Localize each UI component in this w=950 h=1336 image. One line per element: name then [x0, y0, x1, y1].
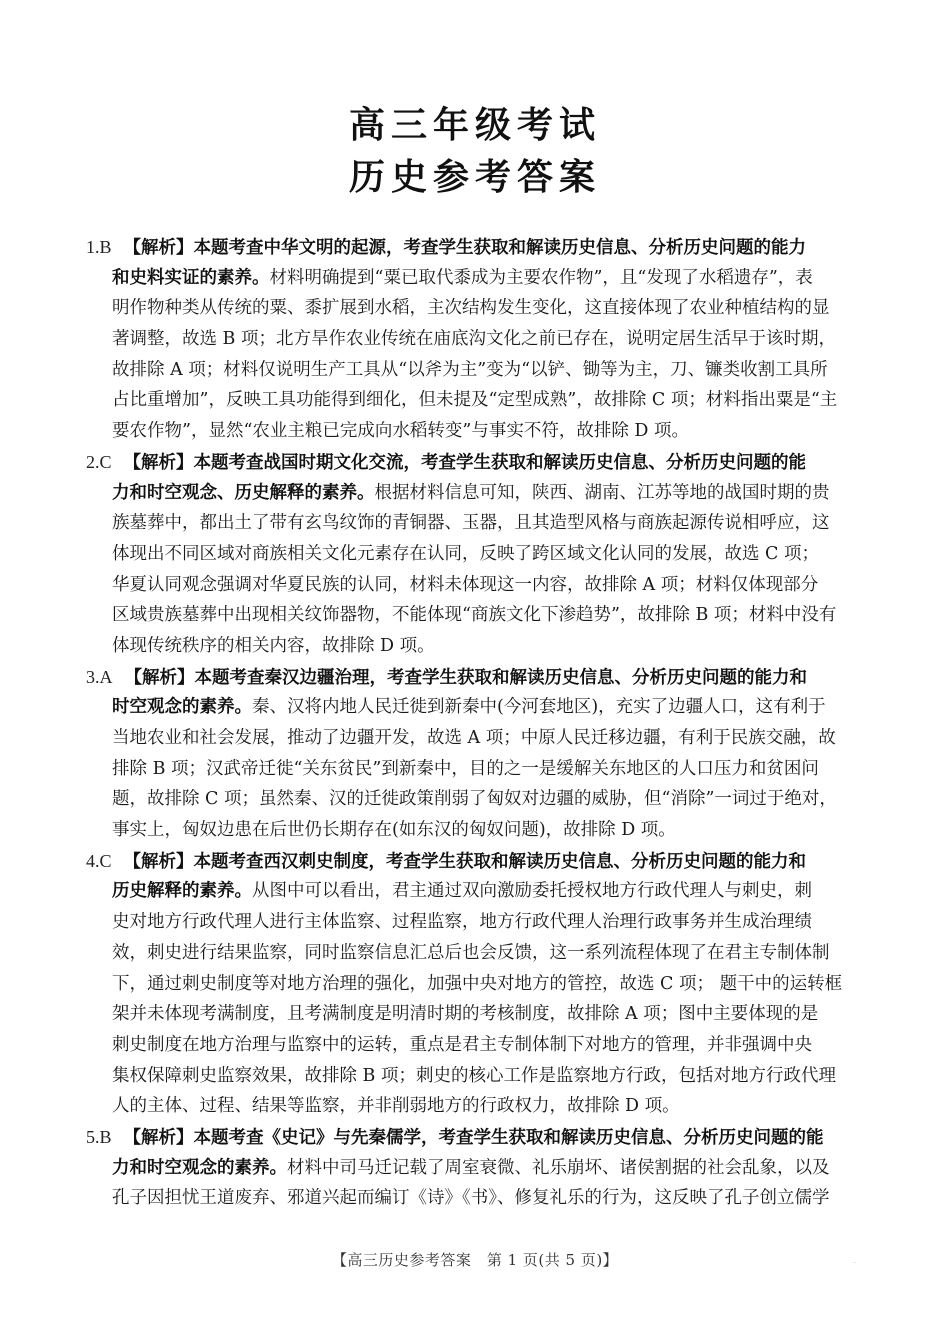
answer-letter: C — [100, 851, 112, 871]
answer-line: 5.B【解析】本题考查《史记》与先秦儒学，考查学生获取和解读历史信息、分析历史问… — [86, 1122, 866, 1153]
answer-line: 力和时空观念的素养。材料中司马迁记载了周室衰微、礼乐崩坏、诸侯割据的社会乱象，以… — [86, 1153, 866, 1184]
answer-letter: B — [100, 237, 112, 257]
analysis-heading-text: 力和时空观念的素养。 — [112, 1158, 287, 1178]
answer-line: 区域贵族墓葬中出现相关纹饰器物，不能体现“商族文化下渗趋势”，故排除 B 项；材… — [86, 600, 866, 631]
analysis-heading-text: 历史解释的素养。 — [112, 881, 252, 901]
answer-line: 2.C【解析】本题考查战国时期文化交流，考查学生获取和解读历史信息、分析历史问题… — [86, 447, 866, 478]
answer-line: 和史料实证的素养。材料明确提到“粟已取代黍成为主要农作物”，且“发现了水稻遗存”… — [86, 263, 866, 294]
analysis-body-text: 族墓葬中，都出土了带有玄鸟纹饰的青铜器、玉器，且其造型风格与商族起源传说相呼应，… — [112, 513, 830, 533]
analysis-body-text: 根据材料信息可知，陕西、湖南、江苏等地的战国时期的贵 — [375, 483, 830, 503]
question-number: 4. — [86, 851, 100, 871]
answer-line: 3.A【解析】本题考查秦汉边疆治理，考查学生获取和解读历史信息、分析历史问题的能… — [86, 662, 866, 693]
answer-line: 史对地方行政代理人进行主体监察、过程监察，地方行政代理人治理行政事务并生成治理绩 — [86, 907, 866, 938]
answer-line: 体现出不同区域对商族相关文化元素存在认同，反映了跨区域文化认同的发展，故选 C … — [86, 539, 866, 570]
analysis-heading-text: 【解析】本题考查《史记》与先秦儒学，考查学生获取和解读历史信息、分析历史问题的能 — [124, 1128, 824, 1148]
answer-line: 4.C【解析】本题考查西汉刺史制度，考查学生获取和解读历史信息、分析历史问题的能… — [86, 846, 866, 877]
question-number: 2. — [86, 452, 100, 472]
answer-letter: A — [100, 667, 113, 687]
analysis-body-text: 著调整，故选 B 项；北方旱作农业传统在庙底沟文化之前已存在，说明定居生活早于该… — [112, 329, 836, 349]
answer-line: 著调整，故选 B 项；北方旱作农业传统在庙底沟文化之前已存在，说明定居生活早于该… — [86, 324, 866, 355]
analysis-body-text: 题，故排除 C 项；虽然秦、汉的迁徙政策削弱了匈奴对边疆的威胁，但“消除”一词过… — [112, 789, 837, 809]
analysis-heading-text: 和史料实证的素养。 — [112, 268, 270, 288]
analysis-body-text: 架并未体现考满制度，且考满制度是明清时期的考核制度，故排除 A 项；图中主要体现… — [112, 1004, 818, 1024]
analysis-body-text: 事实上，匈奴边患在后世仍长期存在(如东汉的匈奴问题)，故排除 D 项。 — [112, 820, 676, 840]
answer-line: 明作物种类从传统的粟、黍扩展到水稻，主次结构发生变化，这直接体现了农业种植结构的… — [86, 293, 866, 324]
analysis-heading-text: 【解析】本题考查西汉刺史制度，考查学生获取和解读历史信息、分析历史问题的能力和 — [124, 852, 807, 872]
analysis-body-text: 秦、汉将内地人民迁徙到新秦中(今河套地区)，充实了边疆人口，这有利于 — [252, 697, 826, 717]
analysis-body-text: 孔子因担忧王道废弃、邪道兴起而编订《诗》《书》、修复礼乐的行为，这反映了孔子创立… — [112, 1188, 830, 1208]
answer-item: 3.A【解析】本题考查秦汉边疆治理，考查学生获取和解读历史信息、分析历史问题的能… — [86, 662, 866, 846]
page-footer: 【高三历史参考答案 第 1 页(共 5 页)】 — [0, 1249, 950, 1270]
analysis-body-text: 效，刺史进行结果监察，同时监察信息汇总后也会反馈，这一系列流程体现了在君主专制体… — [112, 943, 830, 963]
analysis-body-text: 体现出不同区域对商族相关文化元素存在认同，反映了跨区域文化认同的发展，故选 C … — [112, 544, 819, 564]
analysis-body-text: 占比重增加”，反映工具功能得到细化，但未提及“定型成熟”，故排除 C 项；材料指… — [112, 390, 837, 410]
analysis-heading-text: 时空观念的素养。 — [112, 697, 252, 717]
answer-line: 族墓葬中，都出土了带有玄鸟纹饰的青铜器、玉器，且其造型风格与商族起源传说相呼应，… — [86, 508, 866, 539]
analysis-heading-text: 力和时空观念、历史解释的素养。 — [112, 483, 375, 503]
analysis-body-text: 材料明确提到“粟已取代黍成为主要农作物”，且“发现了水稻遗存”，表 — [270, 268, 813, 288]
answer-line: 力和时空观念、历史解释的素养。根据材料信息可知，陕西、湖南、江苏等地的战国时期的… — [86, 478, 866, 509]
answer-item: 1.B【解析】本题考查中华文明的起源，考查学生获取和解读历史信息、分析历史问题的… — [86, 232, 866, 447]
answer-letter: C — [100, 452, 112, 472]
answer-line: 人的主体、过程、结果等监察，并非削弱地方的行政权力，故排除 D 项。 — [86, 1091, 866, 1122]
analysis-body-text: 区域贵族墓葬中出现相关纹饰器物，不能体现“商族文化下渗趋势”，故排除 B 项；材… — [112, 605, 836, 625]
answer-item: 5.B【解析】本题考查《史记》与先秦儒学，考查学生获取和解读历史信息、分析历史问… — [86, 1122, 866, 1214]
answer-line: 要农作物”，显然“农业主粮已完成向水稻转变”与事实不符，故排除 D 项。 — [86, 416, 866, 447]
answer-list: 1.B【解析】本题考查中华文明的起源，考查学生获取和解读历史信息、分析历史问题的… — [86, 232, 866, 1214]
answer-line: 1.B【解析】本题考查中华文明的起源，考查学生获取和解读历史信息、分析历史问题的… — [86, 232, 866, 263]
answer-line: 时空观念的素养。秦、汉将内地人民迁徙到新秦中(今河套地区)，充实了边疆人口，这有… — [86, 692, 866, 723]
analysis-body-text: 史对地方行政代理人进行主体监察、过程监察，地方行政代理人治理行政事务并生成治理绩 — [112, 912, 812, 932]
answer-item: 2.C【解析】本题考查战国时期文化交流，考查学生获取和解读历史信息、分析历史问题… — [86, 447, 866, 662]
document-title: 高三年级考试 历史参考答案 — [0, 100, 950, 204]
answer-line: 集权保障刺史监察效果，故排除 B 项；刺史的核心工作是监察地方行政，包括对地方行… — [86, 1061, 866, 1092]
answer-line: 历史解释的素养。从图中可以看出，君主通过双向激励委托授权地方行政代理人与刺史，刺 — [86, 876, 866, 907]
answer-line: 占比重增加”，反映工具功能得到细化，但未提及“定型成熟”，故排除 C 项；材料指… — [86, 385, 866, 416]
analysis-body-text: 故排除 A 项；材料仅说明生产工具从“以斧为主”变为“以铲、锄等为主，刀、镰类收… — [112, 360, 828, 380]
answer-line: 题，故排除 C 项；虽然秦、汉的迁徙政策削弱了匈奴对边疆的威胁，但“消除”一词过… — [86, 784, 866, 815]
title-line-subject: 历史参考答案 — [0, 152, 950, 204]
answer-line: 体现传统秩序的相关内容，故排除 D 项。 — [86, 631, 866, 662]
analysis-body-text: 集权保障刺史监察效果，故排除 B 项；刺史的核心工作是监察地方行政，包括对地方行… — [112, 1066, 836, 1086]
analysis-heading-text: 【解析】本题考查秦汉边疆治理，考查学生获取和解读历史信息、分析历史问题的能力和 — [125, 668, 808, 688]
analysis-body-text: 体现传统秩序的相关内容，故排除 D 项。 — [112, 636, 435, 656]
analysis-body-text: 人的主体、过程、结果等监察，并非削弱地方的行政权力，故排除 D 项。 — [112, 1096, 680, 1116]
question-number: 5. — [86, 1127, 100, 1147]
footer-mark: .. — [853, 1258, 857, 1265]
answer-letter: B — [100, 1127, 112, 1147]
answer-line: 排除 B 项；汉武帝迁徙“关东贫民”到新秦中，目的之一是缓解关东地区的人口压力和… — [86, 754, 866, 785]
answer-line: 事实上，匈奴边患在后世仍长期存在(如东汉的匈奴问题)，故排除 D 项。 — [86, 815, 866, 846]
analysis-body-text: 从图中可以看出，君主通过双向激励委托授权地方行政代理人与刺史，刺 — [252, 881, 812, 901]
answer-line: 刺史制度在地方治理与监察中的运转，重点是君主专制体制下对地方的管理，并非强调中央 — [86, 1030, 866, 1061]
answer-line: 华夏认同观念强调对华夏民族的认同，材料未体现这一内容，故排除 A 项；材料仅体现… — [86, 570, 866, 601]
answer-line: 故排除 A 项；材料仅说明生产工具从“以斧为主”变为“以铲、锄等为主，刀、镰类收… — [86, 355, 866, 386]
question-number: 1. — [86, 237, 100, 257]
answer-line: 架并未体现考满制度，且考满制度是明清时期的考核制度，故排除 A 项；图中主要体现… — [86, 999, 866, 1030]
analysis-body-text: 明作物种类从传统的粟、黍扩展到水稻，主次结构发生变化，这直接体现了农业种植结构的… — [112, 298, 830, 318]
analysis-body-text: 刺史制度在地方治理与监察中的运转，重点是君主专制体制下对地方的管理，并非强调中央 — [112, 1035, 812, 1055]
analysis-body-text: 材料中司马迁记载了周室衰微、礼乐崩坏、诸侯割据的社会乱象，以及 — [287, 1158, 830, 1178]
question-number: 3. — [86, 667, 100, 687]
title-line-exam: 高三年级考试 — [0, 100, 950, 152]
answer-line: 下，通过刺史制度等对地方治理的强化，加强中央对地方的管控，故选 C 项； 题干中… — [86, 969, 866, 1000]
answer-line: 当地农业和社会发展，推动了边疆开发，故选 A 项；中原人民迁移边疆，有利于民族交… — [86, 723, 866, 754]
analysis-body-text: 当地农业和社会发展，推动了边疆开发，故选 A 项；中原人民迁移边疆，有利于民族交… — [112, 728, 836, 748]
answer-line: 孔子因担忧王道废弃、邪道兴起而编订《诗》《书》、修复礼乐的行为，这反映了孔子创立… — [86, 1183, 866, 1214]
analysis-body-text: 下，通过刺史制度等对地方治理的强化，加强中央对地方的管控，故选 C 项； 题干中… — [112, 974, 842, 994]
analysis-body-text: 要农作物”，显然“农业主粮已完成向水稻转变”与事实不符，故排除 D 项。 — [112, 421, 689, 441]
analysis-heading-text: 【解析】本题考查战国时期文化交流，考查学生获取和解读历史信息、分析历史问题的能 — [124, 453, 807, 473]
answer-item: 4.C【解析】本题考查西汉刺史制度，考查学生获取和解读历史信息、分析历史问题的能… — [86, 846, 866, 1122]
analysis-body-text: 华夏认同观念强调对华夏民族的认同，材料未体现这一内容，故排除 A 项；材料仅体现… — [112, 575, 818, 595]
analysis-body-text: 排除 B 项；汉武帝迁徙“关东贫民”到新秦中，目的之一是缓解关东地区的人口压力和… — [112, 759, 819, 779]
analysis-heading-text: 【解析】本题考查中华文明的起源，考查学生获取和解读历史信息、分析历史问题的能力 — [124, 238, 807, 258]
answer-line: 效，刺史进行结果监察，同时监察信息汇总后也会反馈，这一系列流程体现了在君主专制体… — [86, 938, 866, 969]
